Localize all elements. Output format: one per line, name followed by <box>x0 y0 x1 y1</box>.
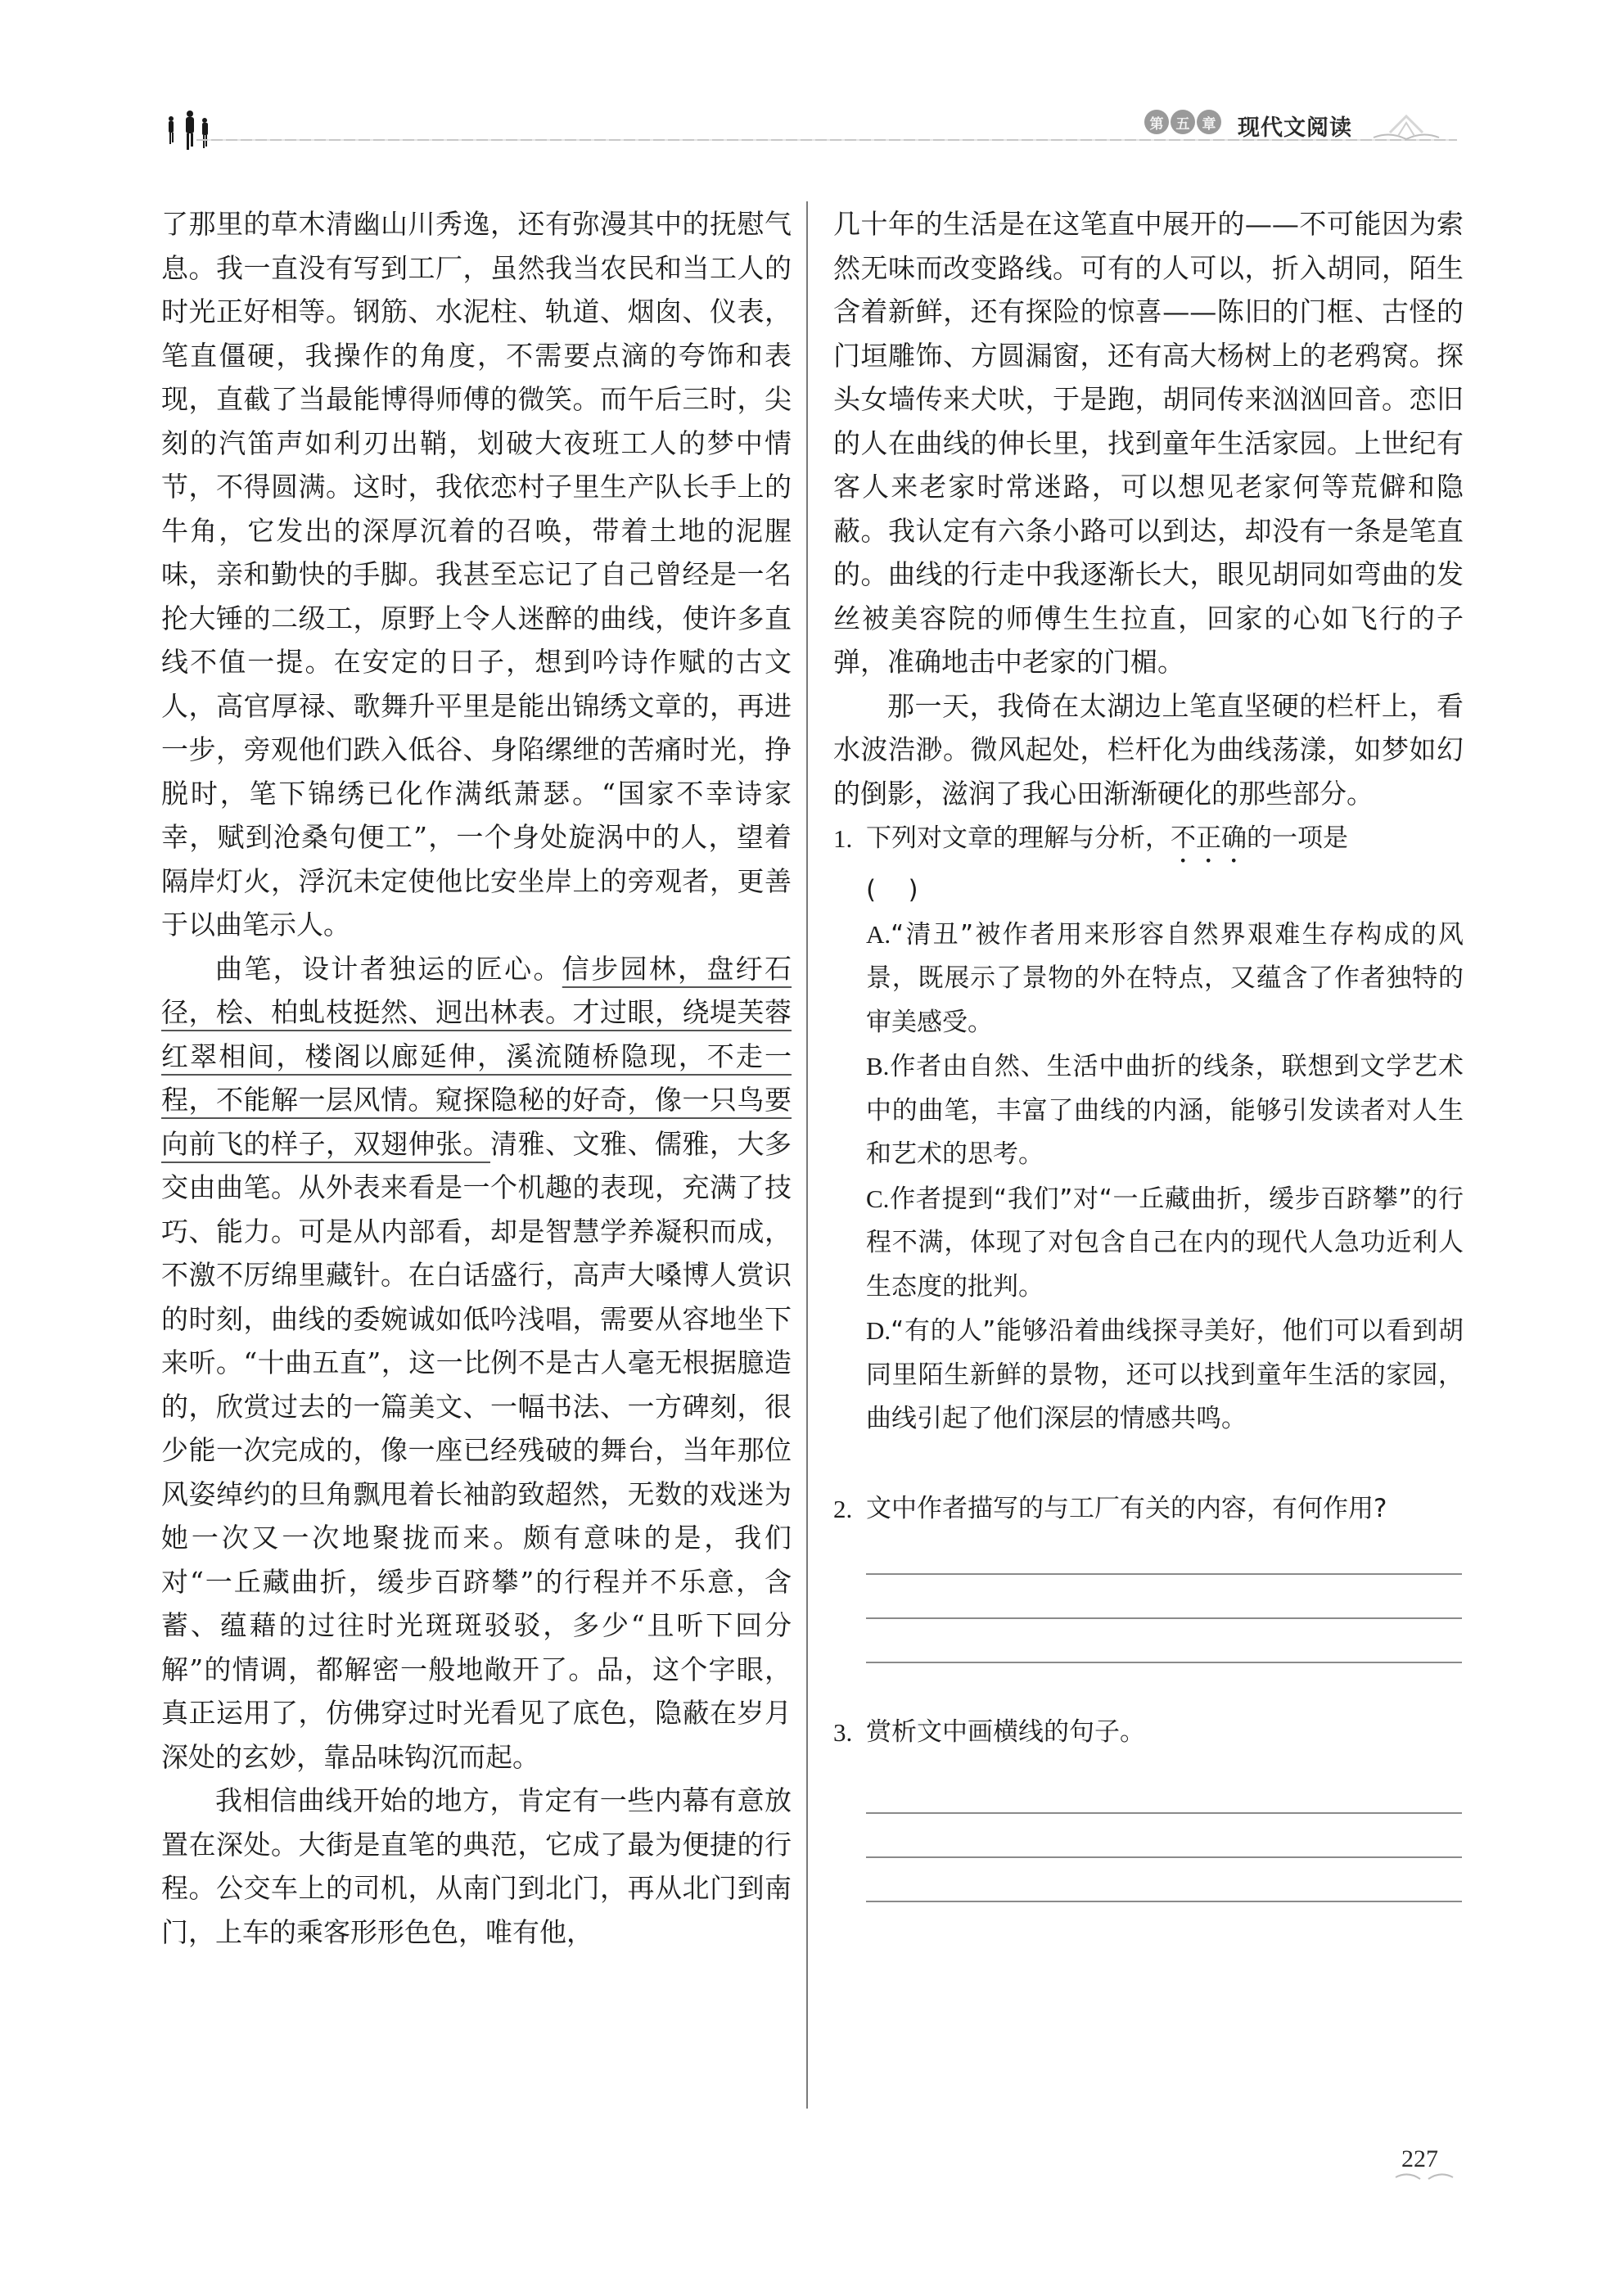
column-divider <box>806 201 808 2109</box>
passage-right-column: 几十年的生活是在这笔直中展开的——不可能因为索然无味而改变路线。可有的人可以，折… <box>833 202 1464 1902</box>
chapter-badge-char: 五 <box>1171 110 1195 134</box>
option-b[interactable]: B.作者由自然、生活中曲折的线条，联想到文学艺术中的曲笔，丰富了曲线的内涵，能够… <box>866 1044 1464 1177</box>
chapter-badge-char: 章 <box>1197 110 1221 134</box>
page-header: 第 五 章 现代文阅读 <box>0 0 1624 164</box>
passage-paragraph: 了那里的草木清幽山川秀逸，还有弥漫其中的抚慰气息。我一直没有写到工厂，虽然我当农… <box>161 202 792 947</box>
passage-left-column: 了那里的草木清幽山川秀逸，还有弥漫其中的抚慰气息。我一直没有写到工厂，虽然我当农… <box>161 202 792 1954</box>
answer-line[interactable] <box>866 1617 1462 1619</box>
option-a[interactable]: A.“清丑”被作者用来形容自然界艰难生存构成的风景，既展示了景物的外在特点，又蕴… <box>866 913 1464 1045</box>
answer-line[interactable] <box>866 1662 1462 1663</box>
answer-area[interactable] <box>833 1573 1464 1663</box>
answer-line[interactable] <box>866 1812 1462 1814</box>
question-2: 2. 文中作者描写的与工厂有关的内容，有何作用? <box>833 1487 1464 1664</box>
passage-paragraph: 我相信曲线开始的地方，肯定有一些内幕有意放置在深处。大街是直笔的典范，它成了最为… <box>161 1779 792 1954</box>
question-1: 1. 下列对文章的理解与分析，不正确的一项是( ) A.“清丑”被作者用来形容自… <box>833 817 1464 1441</box>
emphasized-text: 不正确 <box>1171 823 1247 853</box>
passage-paragraph: 几十年的生活是在这笔直中展开的——不可能因为索然无味而改变路线。可有的人可以，折… <box>833 202 1464 684</box>
answer-bracket[interactable]: ( ) <box>866 875 918 904</box>
option-d[interactable]: D.“有的人”能够沿着曲线探寻美好，他们可以看到胡同里陌生新鲜的景物，还可以找到… <box>866 1309 1464 1441</box>
answer-area[interactable] <box>833 1812 1464 1902</box>
passage-paragraph: 那一天，我倚在太湖边上笔直坚硬的栏杆上，看水波浩渺。微风起处，栏杆化为曲线荡漾，… <box>833 684 1464 816</box>
answer-line[interactable] <box>866 1573 1462 1575</box>
chapter-badge: 第 五 章 <box>1144 110 1221 134</box>
open-book-icon <box>1365 108 1447 144</box>
answer-line[interactable] <box>866 1901 1462 1902</box>
option-c[interactable]: C.作者提到“我们”对“一丘藏曲折，缓步百跻攀”的行程不满，体现了对包含自己在内… <box>866 1177 1464 1310</box>
chapter-badge-char: 第 <box>1144 110 1169 134</box>
answer-line[interactable] <box>866 1856 1462 1858</box>
options-list: A.“清丑”被作者用来形容自然界艰难生存构成的风景，既展示了景物的外在特点，又蕴… <box>833 913 1464 1441</box>
section-title: 现代文阅读 <box>1238 110 1352 142</box>
ornament-icon <box>1392 2171 1457 2184</box>
passage-paragraph: 曲笔，设计者独运的匠心。信步园林，盘纡石径，桧、柏虬枝挺然、迥出林表。才过眼，绕… <box>161 947 792 1780</box>
page-number: 227 <box>1401 2145 1438 2173</box>
question-3: 3. 赏析文中画横线的句子。 <box>833 1711 1464 1902</box>
runners-silhouette-icon <box>162 111 219 151</box>
